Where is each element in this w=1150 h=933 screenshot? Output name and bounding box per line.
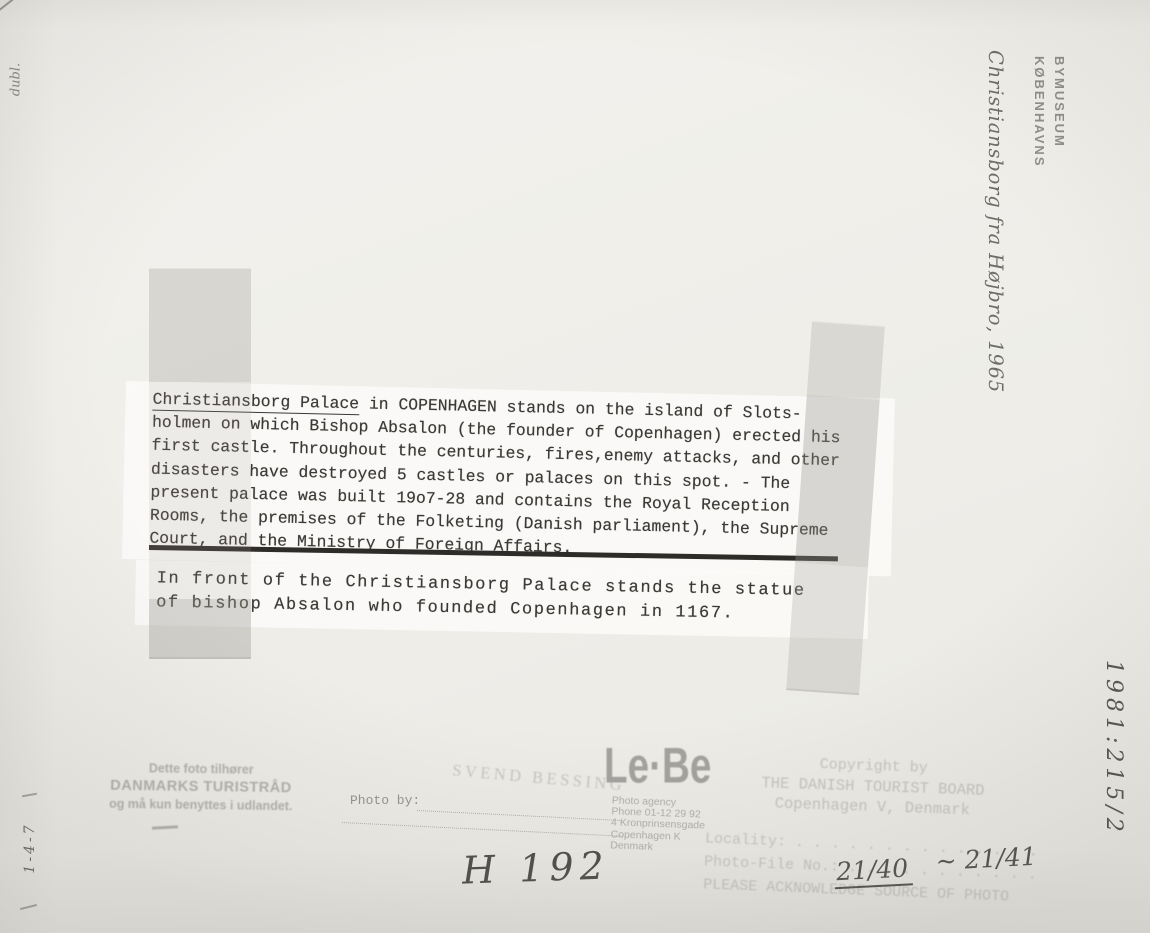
museum-stamp: KØBENHAVNS BYMUSEUM bbox=[1032, 56, 1067, 168]
file-number-1: 21/40 bbox=[833, 853, 913, 889]
agency-logo-stamp: Le·Be bbox=[604, 736, 711, 794]
dotted-line bbox=[342, 822, 623, 837]
tape-strip-right bbox=[786, 321, 885, 695]
archive-code-right-edge: 1981:215/2 bbox=[1101, 660, 1126, 837]
tape-segment bbox=[786, 562, 868, 695]
tape-segment bbox=[807, 321, 885, 400]
museum-stamp-word2: BYMUSEUM bbox=[1052, 56, 1067, 168]
ownership-stamp-line: DANMARKS TURISTRÅD bbox=[100, 778, 302, 797]
ownership-stamp-line: og må kun benyttes i udlandet. bbox=[100, 797, 302, 814]
agency-address-stamp: Photo agency Phone 01-12 29 92 4 Kronpri… bbox=[610, 795, 706, 854]
handwritten-title-note: Christiansborg fra Højbro, 1965 bbox=[984, 50, 1007, 393]
agency-address-line: Denmark bbox=[610, 840, 704, 854]
file-number-2: ~ 21/41 bbox=[935, 842, 1037, 876]
handwritten-photo-number: H 192 bbox=[461, 843, 610, 892]
tape-segment bbox=[149, 382, 251, 599]
pencil-dash bbox=[20, 904, 37, 910]
photo-by-label: Photo by: bbox=[350, 793, 420, 808]
ownership-stamp-line: Dette foto tilhører bbox=[100, 761, 302, 778]
tape-strip-left bbox=[149, 268, 251, 659]
corner-smudge bbox=[0, 0, 16, 12]
ownership-stamp: Dette foto tilhører DANMARKS TURISTRÅD o… bbox=[100, 761, 303, 814]
tape-segment bbox=[795, 395, 880, 568]
handwritten-code-bottom-left: 1-4-7 bbox=[22, 796, 38, 900]
photographer-stamp: SVEND BESSING bbox=[451, 760, 625, 795]
handwritten-note-top-left: dubl. bbox=[9, 50, 24, 110]
photo-back-scan: Christiansborg Palace in COPENHAGEN stan… bbox=[0, 0, 1150, 933]
tape-segment bbox=[149, 599, 251, 659]
tape-segment bbox=[149, 268, 251, 382]
copyright-stamp: Copyright by THE DANISH TOURIST BOARD Co… bbox=[741, 753, 1005, 820]
dotted-line bbox=[417, 810, 622, 821]
stamp-underline-mark bbox=[152, 825, 178, 829]
museum-stamp-word1: KØBENHAVNS bbox=[1032, 56, 1047, 168]
